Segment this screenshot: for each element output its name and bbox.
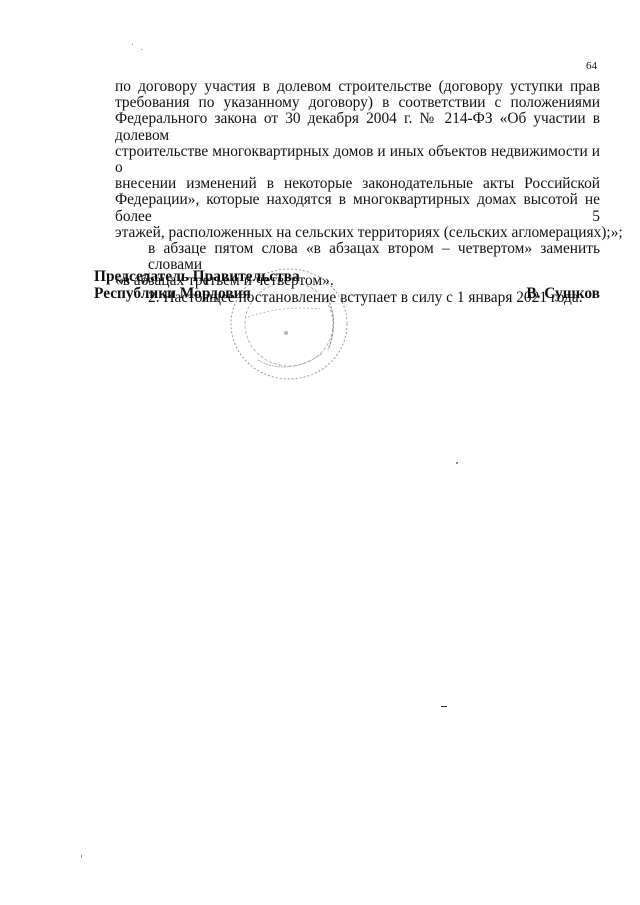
paragraph-line: Федерального закона от 30 декабря 2004 г… xyxy=(115,111,600,143)
paragraph-line: по договору участия в долевом строительс… xyxy=(115,79,600,95)
paragraph-line: строительстве многоквартирных домов и ин… xyxy=(115,144,600,176)
signatory-title-line1: Председатель Правительства xyxy=(94,268,600,285)
scan-speck xyxy=(141,49,142,50)
signature-block: Председатель Правительства Республики Мо… xyxy=(94,268,600,302)
scan-speck xyxy=(81,855,82,858)
paragraph-line: Федерации», которые находятся в многоква… xyxy=(115,192,600,224)
scan-speck xyxy=(441,706,447,707)
paragraph-line: этажей, расположенных на сельских террит… xyxy=(115,225,600,241)
page-number: 64 xyxy=(586,60,597,72)
paragraph-line: требования по указанному договору) в соо… xyxy=(115,95,600,111)
scan-speck xyxy=(132,44,133,45)
signatory-name: В. Сушков xyxy=(526,285,600,302)
signatory-title-line2: Республики Мордовия xyxy=(94,285,600,302)
paragraph-line: внесении изменений в некоторые законодат… xyxy=(115,176,600,192)
scan-speck xyxy=(456,462,458,464)
